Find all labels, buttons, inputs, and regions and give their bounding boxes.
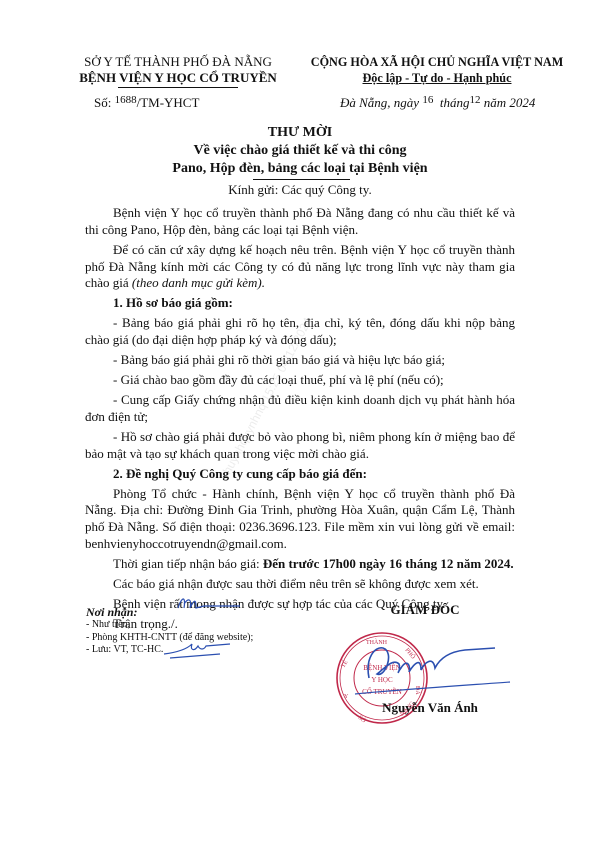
doc-number-label: Số: bbox=[94, 95, 111, 110]
doc-number-value: 1688 bbox=[115, 94, 137, 106]
late-note: Các báo giá nhận được sau thời điểm nêu … bbox=[85, 576, 515, 593]
national-motto: Độc lập - Tự do - Hạnh phúc bbox=[292, 70, 582, 86]
national-header: CỘNG HÒA XÃ HỘI CHỦ NGHĨA VIỆT NAM Độc l… bbox=[292, 54, 582, 86]
signer-name: Nguyễn Văn Ánh bbox=[360, 700, 500, 716]
signer-position: GIÁM ĐỐC bbox=[370, 602, 480, 618]
salutation: Kính gửi: Các quý Công ty. bbox=[60, 182, 540, 198]
title-main: THƯ MỜI bbox=[60, 124, 540, 142]
director-signature-icon bbox=[355, 638, 515, 698]
section-2-text: Phòng Tổ chức - Hành chính, Bệnh viện Y … bbox=[85, 486, 515, 553]
section-2-title: 2. Đề nghị Quý Công ty cung cấp báo giá … bbox=[85, 466, 515, 483]
initial-signature-icon bbox=[170, 594, 250, 614]
deadline: Thời gian tiếp nhận báo giá: Đến trước 1… bbox=[85, 556, 515, 573]
divider bbox=[253, 179, 350, 180]
document-title: THƯ MỜI Về việc chào giá thiết kế và thi… bbox=[60, 124, 540, 180]
section-1-item: - Bảng báo giá phải ghi rõ thời gian báo… bbox=[85, 352, 515, 369]
invitation-note: (theo danh mục gửi kèm). bbox=[132, 275, 265, 290]
title-subject-line1: Về việc chào giá thiết kế và thi công bbox=[60, 142, 540, 160]
paragraph-intro: Bệnh viện Y học cổ truyền thành phố Đà N… bbox=[85, 205, 515, 239]
issuing-organization: SỞ Y TẾ THÀNH PHỐ ĐÀ NẴNG BỆNH VIỆN Y HỌ… bbox=[62, 54, 294, 88]
letter-body: Bệnh viện Y học cổ truyền thành phố Đà N… bbox=[85, 205, 515, 636]
recipient-item: - Như trên; bbox=[86, 619, 253, 632]
initial-signature-icon bbox=[160, 640, 240, 660]
divider bbox=[118, 87, 238, 88]
section-1-item: - Giá chào bao gồm đầy đủ các loại thuế,… bbox=[85, 372, 515, 389]
svg-text:Y: Y bbox=[344, 694, 349, 700]
nation-title: CỘNG HÒA XÃ HỘI CHỦ NGHĨA VIỆT NAM bbox=[292, 54, 582, 70]
document-date: Đà Nẵng, ngày 16 tháng12 năm 2024 bbox=[340, 94, 535, 111]
title-subject-line2: Pano, Hộp đèn, bảng các loại tại Bệnh vi… bbox=[60, 160, 540, 178]
date-year: năm 2024 bbox=[484, 95, 536, 110]
doc-code: /TM-YHCT bbox=[137, 95, 200, 110]
date-month-label: tháng bbox=[440, 95, 470, 110]
deadline-value: Đến trước 17h00 ngày 16 tháng 12 năm 202… bbox=[263, 556, 514, 571]
section-1-item: - Hồ sơ chào giá phải được bỏ vào phong … bbox=[85, 429, 515, 463]
document-number: Số: 1688/TM-YHCT bbox=[94, 94, 199, 111]
deadline-label: Thời gian tiếp nhận báo giá: bbox=[113, 556, 260, 571]
paragraph-invitation: Để có căn cứ xây dựng kế hoạch nêu trên.… bbox=[85, 242, 515, 292]
date-day: 16 bbox=[422, 94, 433, 106]
section-1-title: 1. Hồ sơ báo giá gồm: bbox=[85, 295, 515, 312]
organization-name: BỆNH VIỆN Y HỌC CỔ TRUYỀN bbox=[62, 70, 294, 86]
date-month: 12 bbox=[469, 94, 480, 106]
date-prefix: Đà Nẵng, ngày bbox=[340, 95, 419, 110]
parent-organization: SỞ Y TẾ THÀNH PHỐ ĐÀ NẴNG bbox=[62, 54, 294, 70]
section-1-item: - Cung cấp Giấy chứng nhận đủ điều kiện … bbox=[85, 392, 515, 426]
